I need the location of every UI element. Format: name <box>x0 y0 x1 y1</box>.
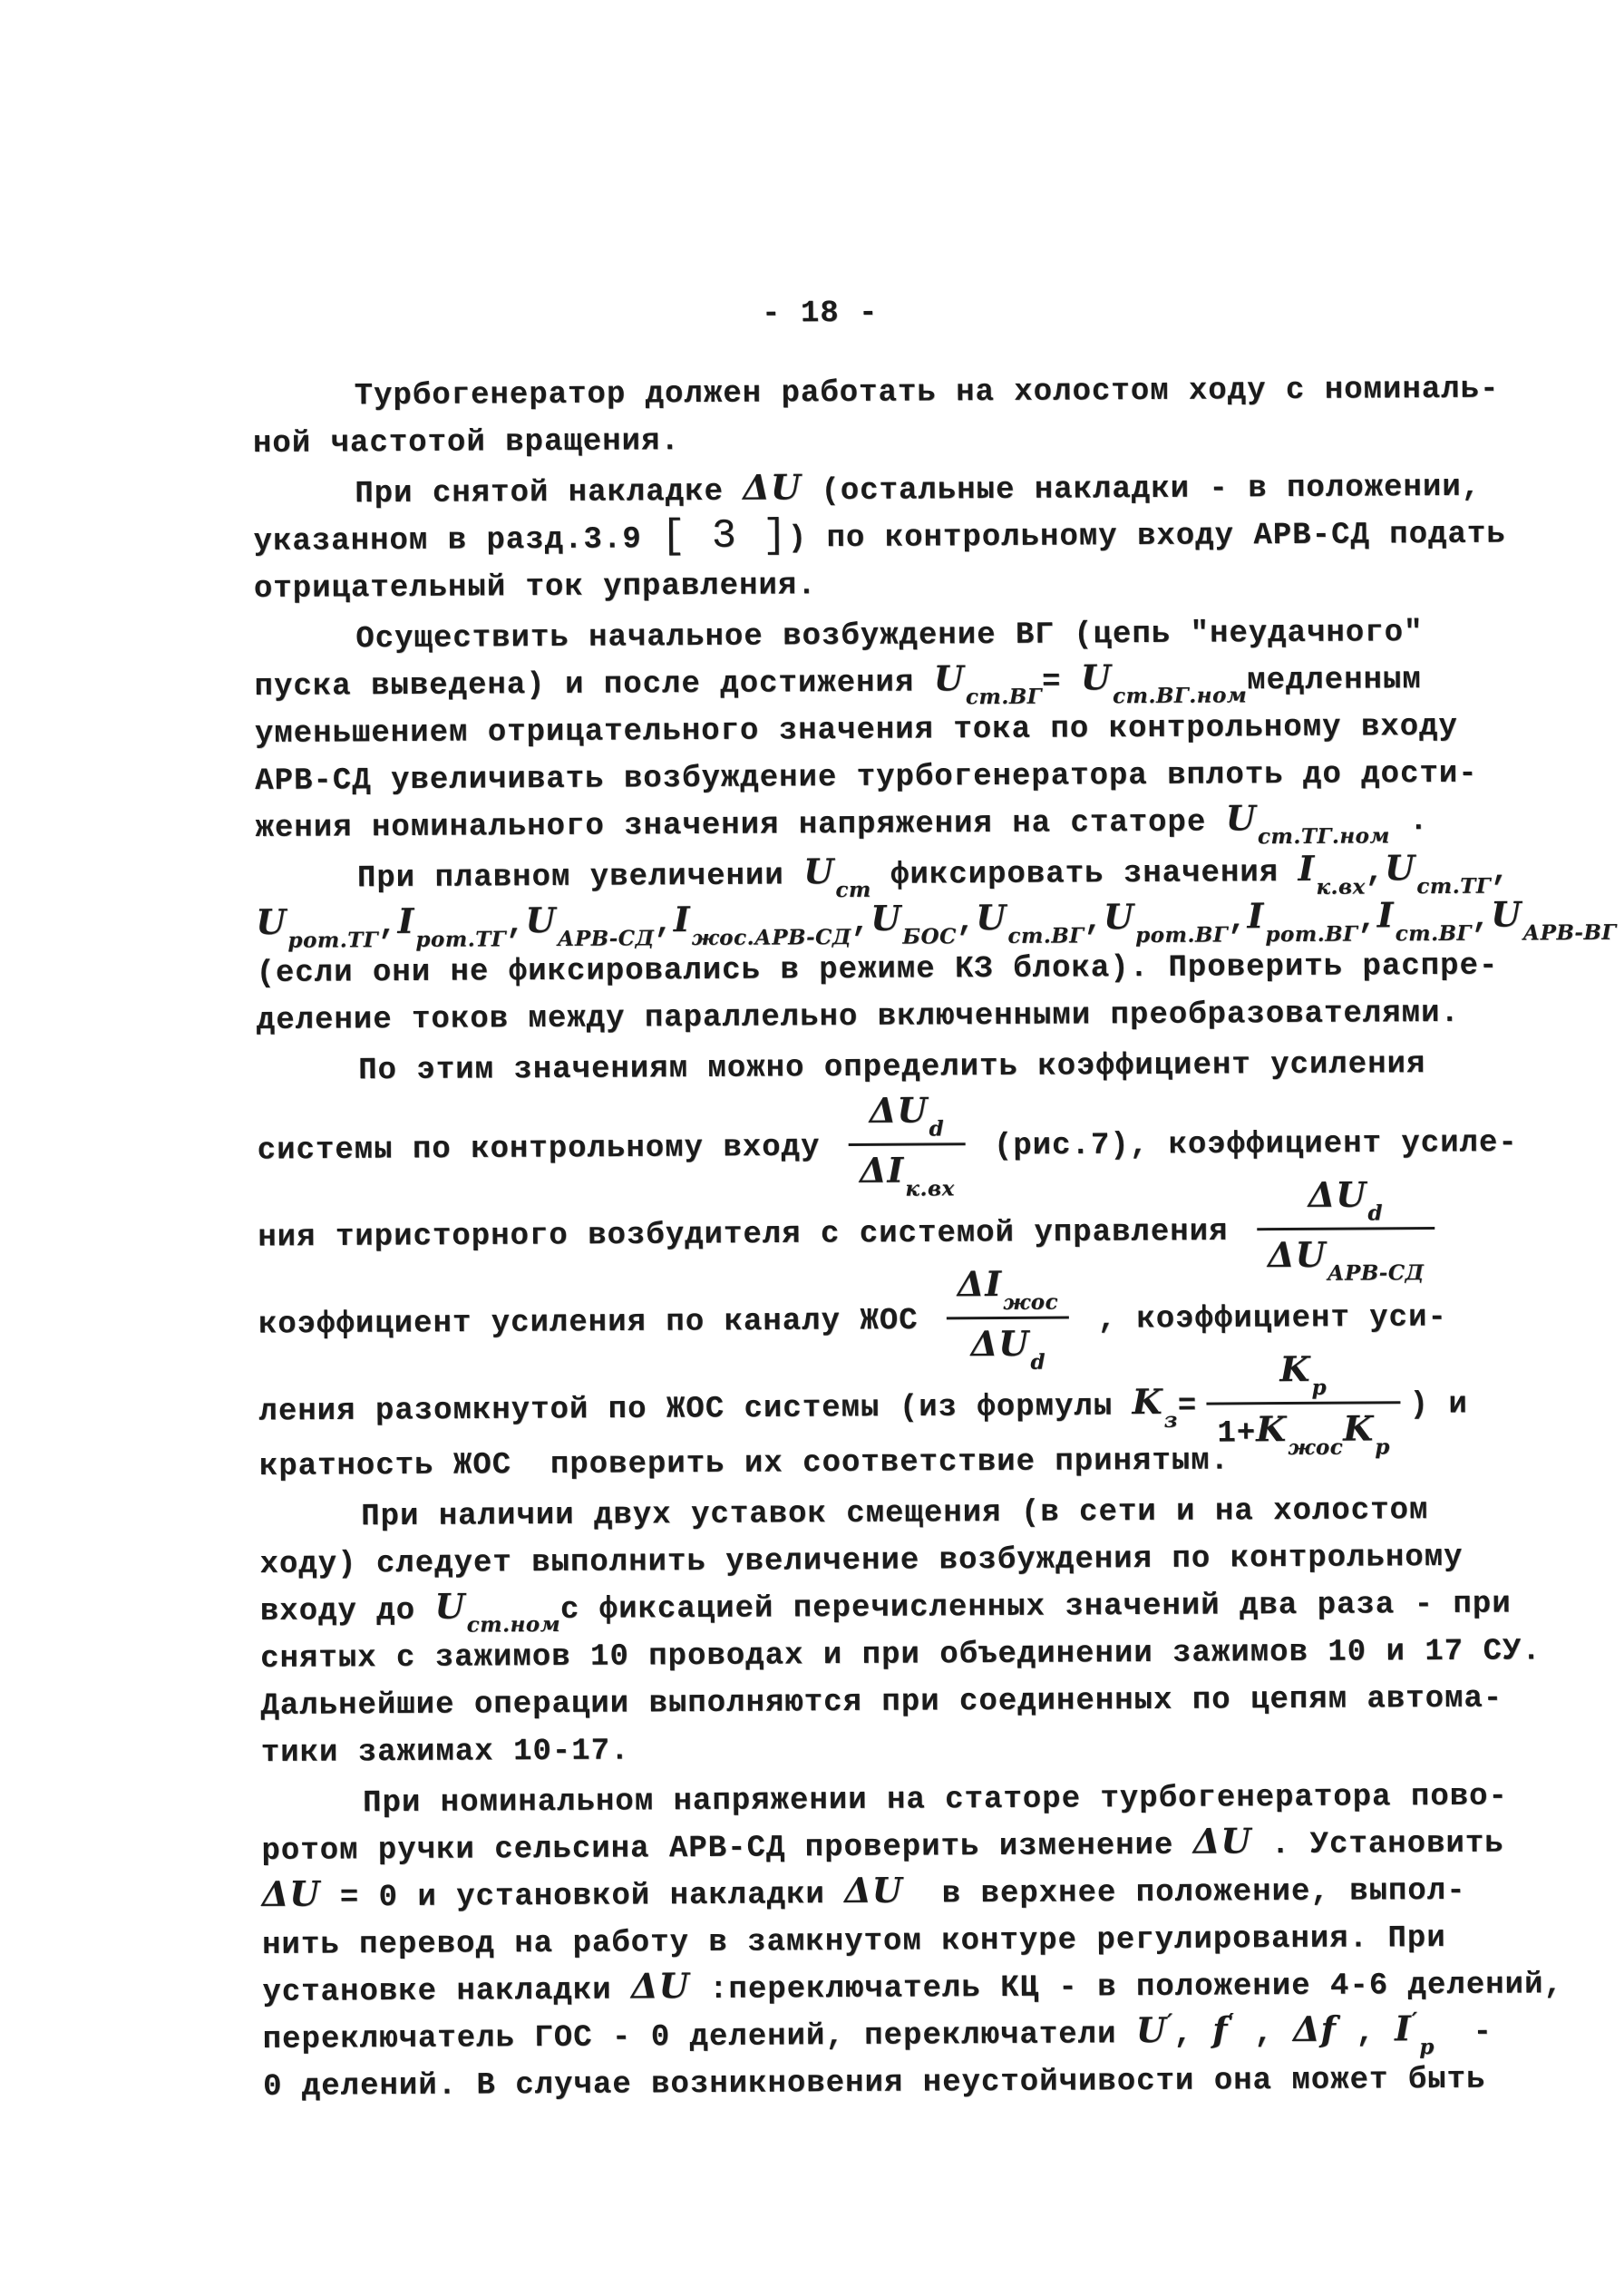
text-run: , <box>654 907 674 941</box>
text-run: с фиксацией перечисленных значений два р… <box>560 1588 1512 1628</box>
math-symbol: Uст.ТГ <box>1385 847 1491 889</box>
text-line: входу до Uст.номс фиксацией перечисленны… <box>260 1580 1584 1636</box>
text-run: , <box>1366 855 1386 890</box>
text-run: ) по контрольному входу АРВ-СД подать <box>788 518 1506 557</box>
math-subscript: ст.ТГ.ном <box>1258 823 1390 849</box>
text-run: (рис.7), коэффициент усиле- <box>974 1126 1518 1164</box>
text-line: тики зажимах 10-17. <box>261 1722 1585 1777</box>
text-run: = <box>1042 665 1081 699</box>
math-symbol: Uст <box>803 851 871 891</box>
math-symbol: UБОС <box>870 897 957 938</box>
text-run: переключатель ГОС - 0 делений, переключа… <box>263 2017 1136 2057</box>
text-run: , <box>957 905 977 939</box>
text-line: нить перевод на работу в замкнутом конту… <box>262 1914 1586 1969</box>
text-line: установке накладки ΔU :переключатель КЦ … <box>262 1961 1586 2017</box>
text-line: отрицательный ток управления. <box>254 558 1578 613</box>
text-run: коэффициент усиления по каналу ЖОС <box>258 1304 938 1343</box>
fraction-denominator: 1+KжосKр <box>1206 1404 1401 1460</box>
text-run: фиксировать значения <box>871 856 1298 893</box>
math-symbol: Uст.ном <box>434 1585 560 1627</box>
text-run: 0 делений. В случае возникновения неусто… <box>263 2063 1486 2105</box>
math-symbol: Iрот.ТГ <box>397 899 506 941</box>
text-line: Дальнейшие операции выполняются при соед… <box>260 1675 1584 1730</box>
text-run: , <box>378 909 398 943</box>
math-symbol: Iк.вх <box>1298 848 1365 889</box>
paragraph: При наличии двух уставок смещения (в сет… <box>259 1486 1585 1777</box>
fraction-numerator: ΔUd <box>1257 1175 1435 1230</box>
text-run: , <box>1173 2017 1212 2052</box>
text-run: При снятой накладке <box>355 475 743 512</box>
fraction-numerator: ΔUd <box>848 1091 965 1146</box>
math-symbol: Uст.ТГ.ном <box>1226 796 1390 838</box>
text-run: нить перевод на работу в замкнутом конту… <box>262 1921 1446 1963</box>
math-symbol: ΔUd <box>870 1089 944 1131</box>
text-run: , <box>1228 903 1248 938</box>
text-run: , <box>1472 902 1492 937</box>
math-symbol: Uст.ВГ <box>976 896 1084 938</box>
text-run: системы по контрольному входу <box>258 1131 840 1169</box>
text-run: , <box>1337 2016 1395 2050</box>
math-symbol: UАРВ-ВГ <box>1491 893 1617 935</box>
math-symbol: ΔU <box>262 1873 321 1914</box>
math-symbol: ΔU <box>743 466 802 507</box>
text-line: Турбогенератор должен работать на холост… <box>253 365 1577 421</box>
text-run: (остальные накладки - в положении, <box>802 471 1481 510</box>
paragraph: Турбогенератор должен работать на холост… <box>253 365 1578 468</box>
document-page: - 18 - Турбогенератор должен работать на… <box>0 0 1624 2275</box>
math-symbol: Uст.ВГ <box>934 657 1043 699</box>
text-run: . <box>1390 804 1429 839</box>
math-symbol: ΔU <box>1193 1820 1252 1861</box>
text-run: = 0 и установкой накладки <box>320 1878 844 1916</box>
math-symbol: UАРВ-СД <box>525 899 654 940</box>
text-line: ления разомкнутой по ЖОС системы (из фор… <box>258 1348 1583 1444</box>
text-run: При наличии двух уставок смещения (в сет… <box>361 1493 1428 1534</box>
text-line: По этим значениям можно определить коэфф… <box>257 1040 1580 1095</box>
text-run: (если они не фиксировались в режиме КЗ б… <box>256 949 1498 991</box>
text-run: , <box>1491 855 1511 890</box>
text-run: входу до <box>260 1594 435 1629</box>
math-subscript: р <box>1375 1434 1390 1459</box>
math-subscript: жос <box>1288 1435 1343 1460</box>
text-line: переключатель ГОС - 0 делений, переключа… <box>263 2008 1587 2064</box>
math-superscript: ′ <box>1167 2008 1174 2035</box>
text-run: снятых с зажимов 10 проводах и при объед… <box>260 1634 1541 1677</box>
text-run: Дальнейшие операции выполняются при соед… <box>260 1682 1502 1724</box>
text-run: ходу) следует выполнить увеличение возбу… <box>259 1541 1463 1582</box>
text-run: , <box>1357 902 1377 937</box>
math-symbol: Uрот.ТГ <box>256 900 378 942</box>
text-run: . Установить <box>1251 1827 1503 1863</box>
text-line: жения номинального значения напряжения н… <box>255 797 1579 852</box>
text-run: деление токов между параллельно включенн… <box>257 997 1460 1038</box>
text-line: коэффициент усиления по каналу ЖОС ΔIжос… <box>258 1261 1583 1356</box>
text-line: 0 делений. В случае возникновения неусто… <box>263 2056 1587 2111</box>
text-run: , коэффициент уси- <box>1078 1300 1447 1337</box>
text-run: пуска выведена) и после достижения <box>254 666 933 705</box>
text-run: ления разомкнутой по ЖОС системы (из фор… <box>258 1390 1132 1430</box>
text-line: При номинальном напряжении на статоре ту… <box>261 1773 1585 1828</box>
text-run: АРВ-СД увеличивать возбуждение турбогене… <box>255 757 1478 799</box>
page-number: - 18 - <box>252 291 1576 335</box>
text-line: Осуществить начальное возбуждение ВГ (це… <box>254 608 1578 664</box>
fraction-numerator: ΔIжос <box>947 1265 1070 1320</box>
text-run: [ 3 ] <box>661 513 788 559</box>
text-line: снятых с зажимов 10 проводах и при объед… <box>260 1628 1584 1683</box>
text-run: , <box>851 906 871 940</box>
math-symbol: Uст.ВГ.ном <box>1081 656 1248 697</box>
text-line: указанном в разд.3.9 [ 3 ]) по контрольн… <box>253 510 1577 566</box>
math-subscript: АРВ-ВГ <box>1522 920 1617 946</box>
text-run: медленным <box>1247 663 1422 698</box>
text-run: ) и <box>1409 1387 1467 1422</box>
text-run: кратность ЖОС проверить их соответствие … <box>259 1444 1230 1484</box>
text-run: жения номинального значения напряжения н… <box>255 805 1225 846</box>
text-run: :переключатель КЦ - в положение 4-6 деле… <box>690 1968 1563 2008</box>
paragraph: При снятой накладке ΔU (остальные наклад… <box>253 463 1578 613</box>
text-line: ΔU = 0 и установкой накладки ΔU в верхне… <box>262 1867 1586 1922</box>
math-symbol: Δf <box>1293 2008 1337 2049</box>
text-line: деление токов между параллельно включенн… <box>257 989 1580 1045</box>
paragraph: При плавном увеличении Uст фиксировать з… <box>256 848 1580 1045</box>
text-line: системы по контрольному входу ΔUdΔIк.вх … <box>257 1087 1581 1182</box>
math-symbol: Kжос <box>1256 1408 1343 1450</box>
text-run: При плавном увеличении <box>357 859 804 896</box>
text-run: ротом ручки сельсина АРВ-СД проверить из… <box>261 1829 1193 1869</box>
math-symbol: ΔIжос <box>958 1263 1058 1305</box>
text-run: - <box>1434 2016 1493 2050</box>
text-line: ротом ручки сельсина АРВ-СД проверить из… <box>261 1820 1585 1875</box>
math-symbol: Kз <box>1132 1381 1177 1422</box>
math-subscript: жос <box>1003 1290 1058 1315</box>
math-subscript: з <box>1164 1408 1178 1433</box>
math-symbol: Iст.ВГ <box>1377 894 1472 936</box>
text-line: ходу) следует выполнить увеличение возбу… <box>259 1533 1583 1589</box>
text-line: Uрот.ТГ,Iрот.ТГ,UАРВ-СД,Iжос.АРВ-СД,UБОС… <box>256 895 1580 950</box>
text-run: тики зажимах 10-17. <box>261 1734 630 1770</box>
paragraph: Осуществить начальное возбуждение ВГ (це… <box>254 608 1580 852</box>
text-line: уменьшением отрицательного значения тока… <box>255 703 1579 758</box>
math-symbol: I′р <box>1395 2008 1434 2048</box>
math-symbol: Iжос.АРВ-СД <box>674 898 851 939</box>
math-symbol: Kр <box>1343 1407 1390 1448</box>
text-run: указанном в разд.3.9 <box>254 522 662 559</box>
text-run: установке накладки <box>262 1973 631 2009</box>
math-symbol: Kр <box>1279 1348 1327 1389</box>
math-subscript: d <box>929 1116 944 1141</box>
text-run: Осуществить начальное возбуждение ВГ (це… <box>355 616 1423 656</box>
text-line: При наличии двух уставок смещения (в сет… <box>259 1486 1583 1541</box>
text-run: , <box>1084 904 1104 938</box>
text-line: (если они не фиксировались в режиме КЗ б… <box>256 942 1580 997</box>
fraction-numerator: Kр <box>1206 1349 1401 1405</box>
text-line: При снятой накладке ΔU (остальные наклад… <box>253 463 1577 519</box>
text-line: ния тиристорного возбудителя с системой … <box>258 1174 1582 1269</box>
text-run: , <box>506 908 526 942</box>
math-subscript: d <box>1367 1201 1383 1225</box>
math-symbol: Uрот.ВГ <box>1104 895 1229 937</box>
math-symbol: f′ <box>1212 2008 1235 2049</box>
text-run: ной частотой вращения. <box>253 424 680 462</box>
paragraph: При номинальном напряжении на статоре ту… <box>261 1773 1587 2111</box>
document-body: - 18 - Турбогенератор должен работать на… <box>252 291 1587 2115</box>
text-run: При номинальном напряжении на статоре ту… <box>363 1780 1508 1822</box>
math-symbol: ΔU <box>631 1965 690 2006</box>
math-symbol: U′ <box>1136 2009 1174 2050</box>
text-run: По этим значениям можно определить коэфф… <box>358 1047 1425 1088</box>
text-run: , <box>1235 2017 1293 2051</box>
text-run: в верхнее положение, выпол- <box>903 1874 1466 1912</box>
math-symbol: ΔUd <box>1308 1173 1383 1215</box>
text-run: ния тиристорного возбудителя с системой … <box>258 1215 1248 1256</box>
text-run: отрицательный ток управления. <box>254 569 817 607</box>
math-superscript: ′ <box>1412 2007 1419 2033</box>
text-line: ной частотой вращения. <box>253 413 1577 468</box>
math-subscript: р <box>1311 1376 1327 1400</box>
text-line: пуска выведена) и после достижения Uст.В… <box>254 656 1578 711</box>
fraction: Kр1+KжосKр <box>1206 1349 1401 1460</box>
math-symbol: Iрот.ВГ <box>1247 895 1357 937</box>
text-run: уменьшением отрицательного значения тока… <box>255 710 1458 752</box>
text-run: Турбогенератор должен работать на холост… <box>355 373 1500 414</box>
paragraph: По этим значениям можно определить коэфф… <box>257 1040 1583 1491</box>
text-run: = <box>1178 1389 1198 1424</box>
math-symbol: ΔU <box>844 1870 903 1910</box>
